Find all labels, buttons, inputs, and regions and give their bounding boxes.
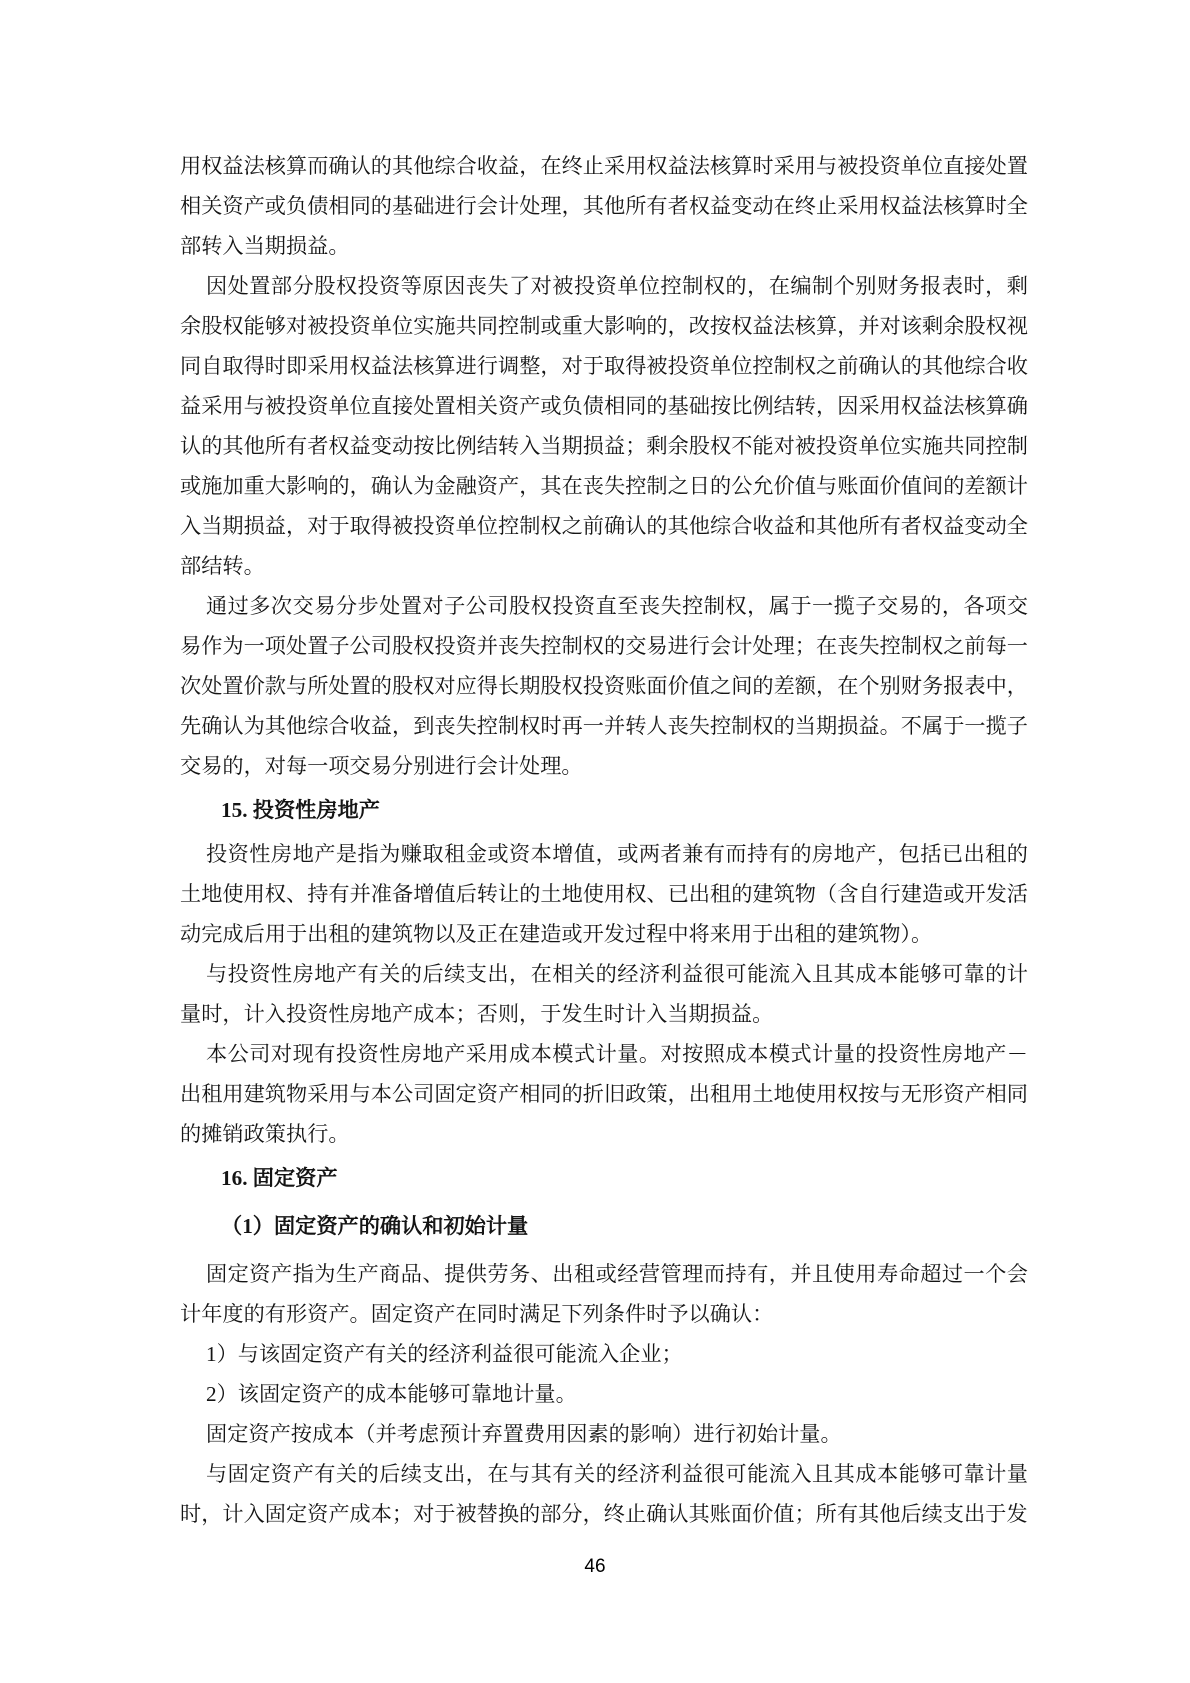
list-item: 1）与该固定资产有关的经济利益很可能流入企业； bbox=[180, 1334, 1028, 1374]
page-number: 46 bbox=[0, 1556, 1190, 1578]
section-heading-15: 15. 投资性房地产 bbox=[180, 790, 1028, 830]
section-heading-16: 16. 固定资产 bbox=[180, 1158, 1028, 1198]
paragraph: 与固定资产有关的后续支出，在与其有关的经济利益很可能流入且其成本能够可靠计量时，… bbox=[180, 1454, 1028, 1534]
paragraph: 固定资产指为生产商品、提供劳务、出租或经营管理而持有，并且使用寿命超过一个会计年… bbox=[180, 1254, 1028, 1334]
paragraph: 投资性房地产是指为赚取租金或资本增值，或两者兼有而持有的房地产，包括已出租的土地… bbox=[180, 834, 1028, 954]
document-page: 用权益法核算而确认的其他综合收益，在终止采用权益法核算时采用与被投资单位直接处置… bbox=[0, 0, 1190, 1683]
paragraph: 因处置部分股权投资等原因丧失了对被投资单位控制权的，在编制个别财务报表时，剩余股… bbox=[180, 266, 1028, 586]
paragraph: 本公司对现有投资性房地产采用成本模式计量。对按照成本模式计量的投资性房地产－出租… bbox=[180, 1034, 1028, 1154]
sub-heading: （1）固定资产的确认和初始计量 bbox=[180, 1206, 1028, 1246]
page-content: 用权益法核算而确认的其他综合收益，在终止采用权益法核算时采用与被投资单位直接处置… bbox=[0, 0, 1190, 1534]
paragraph: 通过多次交易分步处置对子公司股权投资直至丧失控制权，属于一揽子交易的，各项交易作… bbox=[180, 586, 1028, 786]
paragraph: 用权益法核算而确认的其他综合收益，在终止采用权益法核算时采用与被投资单位直接处置… bbox=[180, 146, 1028, 266]
paragraph: 固定资产按成本（并考虑预计弃置费用因素的影响）进行初始计量。 bbox=[180, 1414, 1028, 1454]
paragraph: 与投资性房地产有关的后续支出，在相关的经济利益很可能流入且其成本能够可靠的计量时… bbox=[180, 954, 1028, 1034]
list-item: 2）该固定资产的成本能够可靠地计量。 bbox=[180, 1374, 1028, 1414]
